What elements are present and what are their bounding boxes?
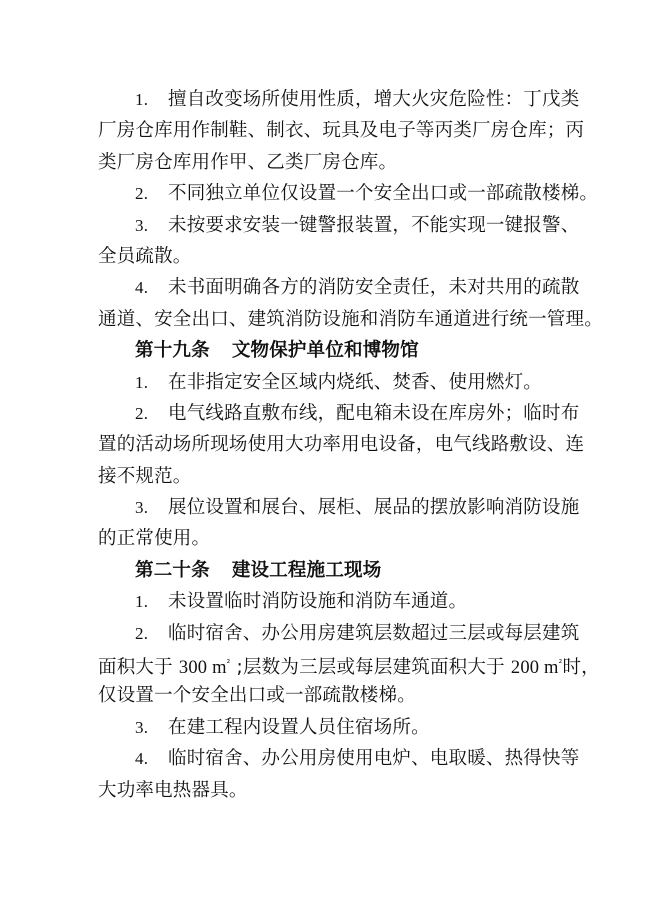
- item-number: 1.: [135, 586, 168, 617]
- item-1-line-2: 厂房仓库用作制鞋、制衣、玩具及电子等丙类厂房仓库；丙: [98, 115, 560, 146]
- item-3-line-2: 全员疏散。: [98, 241, 560, 272]
- item-2-line-1: 2.不同独立单位仅设置一个安全出口或一部疏散楼梯。: [98, 178, 560, 209]
- s19-item-2-line-3: 接不规范。: [98, 461, 560, 492]
- item-3-line-1: 3.未按要求安装一键警报装置，不能实现一键报警、: [98, 210, 560, 241]
- item-text: 擅自改变场所使用性质，增大火灾危险性：丁戊类: [168, 89, 579, 110]
- item-text: 在建工程内设置人员住宿场所。: [168, 717, 430, 738]
- item-1-line-3: 类厂房仓库用作甲、乙类厂房仓库。: [98, 147, 560, 178]
- s20-item-2-line-1: 2.临时宿舍、办公用房建筑层数超过三层或每层建筑: [98, 618, 560, 649]
- text-fragment: 面积大于: [98, 657, 179, 678]
- text-fragment: 时，: [562, 657, 599, 678]
- item-number: 2.: [135, 178, 168, 209]
- item-text: 未按要求安装一键警报装置，不能实现一键报警、: [168, 215, 579, 236]
- s20-item-2-line-2: 面积大于 300 m² ;层数为三层或每层建筑面积大于 200 m²时，: [98, 649, 560, 680]
- article-number: 第二十条: [135, 560, 210, 581]
- item-text: 未设置临时消防设施和消防车通道。: [168, 591, 467, 612]
- item-number: 3.: [135, 712, 168, 743]
- item-number: 4.: [135, 272, 168, 303]
- item-number: 1.: [135, 84, 168, 115]
- item-4-line-2: 通道、安全出口、建筑消防设施和消防车通道进行统一管理。: [98, 304, 560, 335]
- s20-item-1: 1.未设置临时消防设施和消防车通道。: [98, 586, 560, 617]
- article-19-heading: 第十九条文物保护单位和博物馆: [98, 335, 560, 366]
- s19-item-3-line-1: 3.展位设置和展台、展柜、展品的摆放影响消防设施: [98, 492, 560, 523]
- s20-item-4-line-1: 4.临时宿舍、办公用房使用电炉、电取暖、热得快等: [98, 743, 560, 774]
- article-20-heading: 第二十条建设工程施工现场: [98, 555, 560, 586]
- area-value-200: 200 m: [511, 658, 559, 678]
- article-title: 建设工程施工现场: [232, 560, 382, 581]
- s19-item-2-line-2: 置的活动场所现场使用大功率用电设备，电气线路敷设、连: [98, 429, 560, 460]
- item-number: 2.: [135, 398, 168, 429]
- s19-item-3-line-2: 的正常使用。: [98, 523, 560, 554]
- item-number: 3.: [135, 492, 168, 523]
- s20-item-2-line-3: 仅设置一个安全出口或一部疏散楼梯。: [98, 680, 560, 711]
- item-number: 3.: [135, 210, 168, 241]
- article-number: 第十九条: [135, 340, 210, 361]
- area-value-300: 300 m: [179, 658, 227, 678]
- text-fragment: ;层数为三层或每层建筑面积大于: [230, 657, 510, 678]
- item-text: 在非指定安全区域内烧纸、焚香、使用燃灯。: [168, 372, 542, 393]
- item-text: 不同独立单位仅设置一个安全出口或一部疏散楼梯。: [168, 183, 598, 204]
- s19-item-1: 1.在非指定安全区域内烧纸、焚香、使用燃灯。: [98, 367, 560, 398]
- s20-item-3: 3.在建工程内设置人员住宿场所。: [98, 712, 560, 743]
- item-number: 2.: [135, 618, 168, 649]
- item-text: 电气线路直敷布线，配电箱未设在库房外；临时布: [168, 403, 579, 424]
- item-text: 临时宿舍、办公用房建筑层数超过三层或每层建筑: [168, 623, 579, 644]
- item-text: 未书面明确各方的消防安全责任，未对共用的疏散: [168, 277, 579, 298]
- document-page: 1.擅自改变场所使用性质，增大火灾危险性：丁戊类 厂房仓库用作制鞋、制衣、玩具及…: [98, 84, 560, 806]
- item-4-line-1: 4.未书面明确各方的消防安全责任，未对共用的疏散: [98, 272, 560, 303]
- s20-item-4-line-2: 大功率电热器具。: [98, 775, 560, 806]
- article-title: 文物保护单位和博物馆: [232, 340, 419, 361]
- item-1-line-1: 1.擅自改变场所使用性质，增大火灾危险性：丁戊类: [98, 84, 560, 115]
- item-text: 展位设置和展台、展柜、展品的摆放影响消防设施: [168, 497, 579, 518]
- item-text: 临时宿舍、办公用房使用电炉、电取暖、热得快等: [168, 748, 579, 769]
- item-number: 1.: [135, 367, 168, 398]
- item-number: 4.: [135, 743, 168, 774]
- s19-item-2-line-1: 2.电气线路直敷布线，配电箱未设在库房外；临时布: [98, 398, 560, 429]
